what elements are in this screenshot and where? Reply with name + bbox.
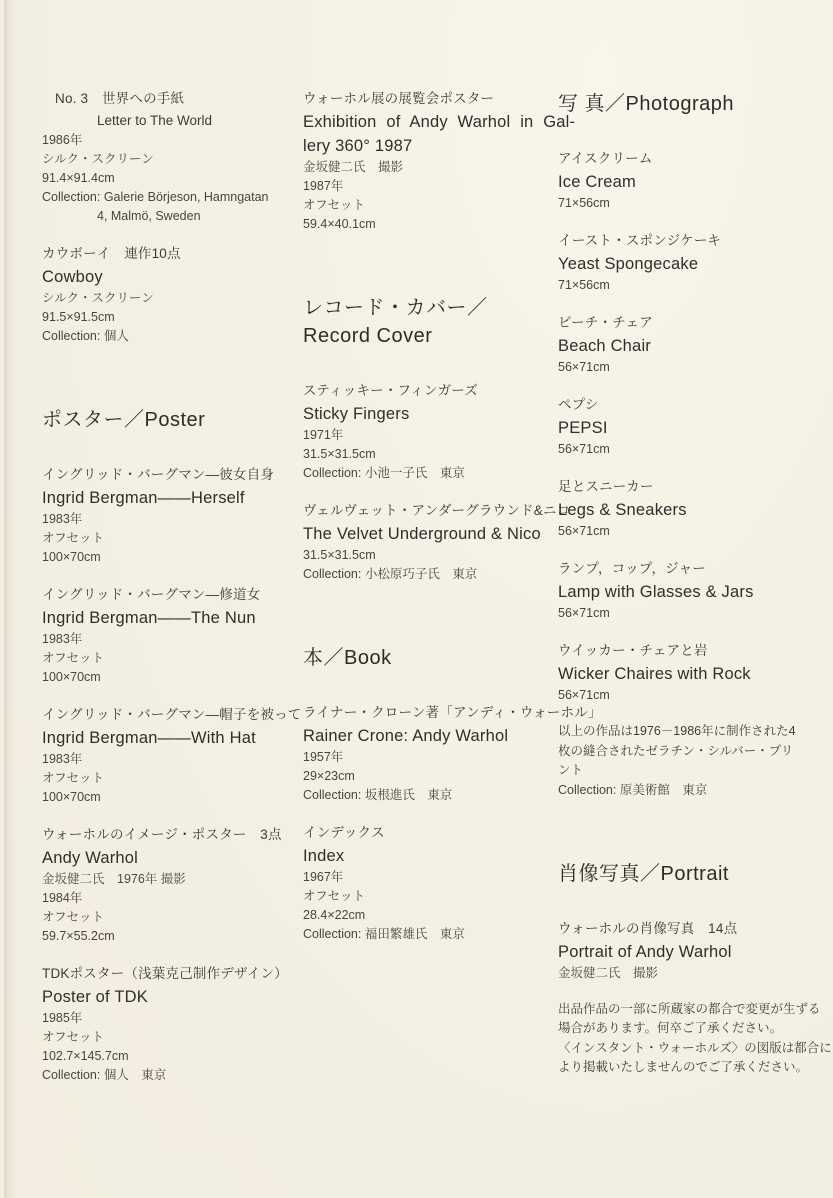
- text-line: Collection: 原美術館 東京: [558, 781, 820, 800]
- section-title: 本／Book: [303, 644, 561, 672]
- catalog-entry: イングリッド・バーグマン―修道女Ingrid Bergman——The Nun1…: [42, 584, 300, 687]
- catalog-entry: ウォーホル展の展覧会ポスターExhibition of Andy Warhol …: [303, 88, 561, 234]
- text-line: イースト・スポンジケーキ: [558, 230, 820, 252]
- text-line: Collection: Galerie Börjeson, Hamngatan: [42, 188, 300, 207]
- text-line: イングリッド・バーグマン―修道女: [42, 584, 300, 606]
- text-line: ヴェルヴェット・アンダーグラウンド&ニコ: [303, 500, 561, 522]
- text-line: 以上の作品は1976－1986年に制作された4: [558, 722, 820, 742]
- text-line: ウォーホルの肖像写真 14点: [558, 918, 820, 940]
- text-line: シルク・スクリーン: [42, 150, 300, 169]
- text-line: 91.4×91.4cm: [42, 169, 300, 188]
- text-line: 31.5×31.5cm: [303, 546, 561, 565]
- catalog-entry: ヴェルヴェット・アンダーグラウンド&ニコThe Velvet Undergrou…: [303, 500, 561, 584]
- text-line: Ingrid Bergman——The Nun: [42, 606, 300, 630]
- text-line: Cowboy: [42, 265, 300, 289]
- catalog-entry: イースト・スポンジケーキYeast Spongecake71×56cm: [558, 230, 820, 295]
- text-line: 29×23cm: [303, 767, 561, 786]
- text-line: 1971年: [303, 426, 561, 445]
- catalog-entry: 足とスニーカーLegs & Sneakers56×71cm: [558, 476, 820, 541]
- section-heading: 本／Book: [303, 644, 561, 672]
- text-line: Ice Cream: [558, 170, 820, 194]
- section-title: 肖像写真／Portrait: [558, 860, 820, 888]
- text-line: 1967年: [303, 868, 561, 887]
- text-line: アイスクリーム: [558, 148, 820, 170]
- text-line: Poster of TDK: [42, 985, 300, 1009]
- text-line: オフセット: [42, 529, 300, 548]
- text-line: Collection: 福田繁雄氏 東京: [303, 925, 561, 944]
- text-line: シルク・スクリーン: [42, 289, 300, 308]
- text-line: Rainer Crone: Andy Warhol: [303, 724, 561, 748]
- text-line: 1984年: [42, 889, 300, 908]
- text-line: PEPSI: [558, 416, 820, 440]
- text-line: 56×71cm: [558, 686, 820, 705]
- text-line: Letter to The World: [42, 110, 300, 131]
- text-line: 102.7×145.7cm: [42, 1047, 300, 1066]
- text-line: 枚の縫合されたゼラチン・シルバー・プリ: [558, 742, 820, 762]
- text-line: オフセット: [42, 908, 300, 927]
- text-line: 1983年: [42, 630, 300, 649]
- text-line: Collection: 個人: [42, 327, 300, 346]
- text-line: ランプ，コップ，ジャー: [558, 558, 820, 580]
- text-line: Legs & Sneakers: [558, 498, 820, 522]
- text-line: イングリッド・バーグマン―彼女自身: [42, 464, 300, 486]
- page-edge-crease: [4, 0, 16, 1198]
- text-line: Collection: 個人 東京: [42, 1066, 300, 1085]
- text-line: TDKポスター（浅葉克己制作デザイン）: [42, 963, 300, 985]
- catalog-entry: イングリッド・バーグマン―帽子を被ってIngrid Bergman——With …: [42, 704, 300, 807]
- text-line: Collection: 小池一子氏 東京: [303, 464, 561, 483]
- catalog-entry: ライナー・クローン著「アンディ・ウォーホル」Rainer Crone: Andy…: [303, 702, 561, 805]
- catalog-entry: ウォーホルの肖像写真 14点Portrait of Andy Warhol金坂健…: [558, 918, 820, 983]
- column-left: No. 3 世界への手紙Letter to The World1986年シルク・…: [42, 88, 300, 1102]
- text-line: ペプシ: [558, 394, 820, 416]
- text-line: 56×71cm: [558, 358, 820, 377]
- section-title: ポスター／Poster: [42, 406, 300, 434]
- section-heading: レコード・カバー／Record Cover: [303, 294, 561, 350]
- text-line: ウォーホルのイメージ・ポスター 3点: [42, 824, 300, 846]
- text-line: Andy Warhol: [42, 846, 300, 870]
- text-line: 1986年: [42, 131, 300, 150]
- text-line: Index: [303, 844, 561, 868]
- catalog-entry: ペプシPEPSI56×71cm: [558, 394, 820, 459]
- text-line: 100×70cm: [42, 548, 300, 567]
- catalog-entry: アイスクリームIce Cream71×56cm: [558, 148, 820, 213]
- text-line: Collection: 小松原巧子氏 東京: [303, 565, 561, 584]
- text-line: 56×71cm: [558, 604, 820, 623]
- text-line: ント: [558, 761, 820, 781]
- text-line: 31.5×31.5cm: [303, 445, 561, 464]
- catalog-entry: インデックスIndex1967年オフセット28.4×22cmCollection…: [303, 822, 561, 944]
- text-line: 出品作品の一部に所蔵家の都合で変更が生ずる: [558, 1000, 820, 1020]
- text-line: オフセット: [303, 196, 561, 215]
- section-heading: 写 真／Photograph: [558, 90, 820, 118]
- text-line: 4, Malmö, Sweden: [42, 207, 300, 226]
- column-middle: ウォーホル展の展覧会ポスターExhibition of Andy Warhol …: [303, 88, 561, 961]
- text-line: 59.7×55.2cm: [42, 927, 300, 946]
- text-line: イングリッド・バーグマン―帽子を被って: [42, 704, 300, 726]
- text-line: オフセット: [42, 649, 300, 668]
- text-line: Lamp with Glasses & Jars: [558, 580, 820, 604]
- text-line: Ingrid Bergman——With Hat: [42, 726, 300, 750]
- text-line: lery 360° 1987: [303, 134, 561, 158]
- text-line: オフセット: [303, 887, 561, 906]
- section-heading: 肖像写真／Portrait: [558, 860, 820, 888]
- section-title: レコード・カバー／: [303, 294, 561, 322]
- text-line: Wicker Chaires with Rock: [558, 662, 820, 686]
- note-block: 以上の作品は1976－1986年に制作された4枚の縫合されたゼラチン・シルバー・…: [558, 722, 820, 800]
- column-right: 写 真／PhotographアイスクリームIce Cream71×56cmイース…: [558, 90, 820, 1095]
- text-line: スティッキー・フィンガーズ: [303, 380, 561, 402]
- text-line: 59.4×40.1cm: [303, 215, 561, 234]
- text-line: ウォーホル展の展覧会ポスター: [303, 88, 561, 110]
- text-line: 1987年: [303, 177, 561, 196]
- section-title: Record Cover: [303, 322, 561, 350]
- text-line: 71×56cm: [558, 194, 820, 213]
- text-line: 足とスニーカー: [558, 476, 820, 498]
- text-line: オフセット: [42, 769, 300, 788]
- text-line: より掲載いたしませんのでご了承ください。: [558, 1058, 820, 1078]
- text-line: 56×71cm: [558, 522, 820, 541]
- catalog-entry: イングリッド・バーグマン―彼女自身Ingrid Bergman——Herself…: [42, 464, 300, 567]
- text-line: The Velvet Underground & Nico: [303, 522, 561, 546]
- text-line: 91.5×91.5cm: [42, 308, 300, 327]
- text-line: 1957年: [303, 748, 561, 767]
- text-line: 1983年: [42, 510, 300, 529]
- text-line: 場合があります。何卒ご了承ください。: [558, 1019, 820, 1039]
- section-heading: ポスター／Poster: [42, 406, 300, 434]
- text-line: Sticky Fingers: [303, 402, 561, 426]
- text-line: 金坂健二氏 1976年 撮影: [42, 870, 300, 889]
- text-line: Exhibition of Andy Warhol in Gal-: [303, 110, 561, 134]
- text-line: 28.4×22cm: [303, 906, 561, 925]
- catalog-entry: カウボーイ 連作10点Cowboyシルク・スクリーン91.5×91.5cmCol…: [42, 243, 300, 346]
- text-line: 100×70cm: [42, 788, 300, 807]
- section-title: 写 真／Photograph: [558, 90, 820, 118]
- text-line: 71×56cm: [558, 276, 820, 295]
- text-line: No. 3 世界への手紙: [42, 88, 300, 110]
- text-line: 〈インスタント・ウォーホルズ〉の図版は都合に: [558, 1039, 820, 1059]
- text-line: ウイッカー・チェアと岩: [558, 640, 820, 662]
- catalog-entry: ランプ，コップ，ジャーLamp with Glasses & Jars56×71…: [558, 558, 820, 623]
- catalog-entry: スティッキー・フィンガーズSticky Fingers1971年31.5×31.…: [303, 380, 561, 483]
- text-line: Portrait of Andy Warhol: [558, 940, 820, 964]
- text-line: 100×70cm: [42, 668, 300, 687]
- text-line: 金坂健二氏 撮影: [558, 964, 820, 983]
- catalog-entry: ウォーホルのイメージ・ポスター 3点Andy Warhol金坂健二氏 1976年…: [42, 824, 300, 946]
- text-line: 1983年: [42, 750, 300, 769]
- text-line: Beach Chair: [558, 334, 820, 358]
- text-line: Ingrid Bergman——Herself: [42, 486, 300, 510]
- text-line: オフセット: [42, 1028, 300, 1047]
- text-line: インデックス: [303, 822, 561, 844]
- text-line: 金坂健二氏 撮影: [303, 158, 561, 177]
- text-line: ビーチ・チェア: [558, 312, 820, 334]
- catalog-entry: TDKポスター（浅葉克己制作デザイン）Poster of TDK1985年オフセ…: [42, 963, 300, 1085]
- text-line: 56×71cm: [558, 440, 820, 459]
- text-line: Collection: 坂根進氏 東京: [303, 786, 561, 805]
- catalog-entry: ウイッカー・チェアと岩Wicker Chaires with Rock56×71…: [558, 640, 820, 705]
- text-line: ライナー・クローン著「アンディ・ウォーホル」: [303, 702, 561, 724]
- text-line: Yeast Spongecake: [558, 252, 820, 276]
- catalog-entry: ビーチ・チェアBeach Chair56×71cm: [558, 312, 820, 377]
- text-line: 1985年: [42, 1009, 300, 1028]
- note-block: 出品作品の一部に所蔵家の都合で変更が生ずる場合があります。何卒ご了承ください。〈…: [558, 1000, 820, 1078]
- catalog-entry: No. 3 世界への手紙Letter to The World1986年シルク・…: [42, 88, 300, 226]
- text-line: カウボーイ 連作10点: [42, 243, 300, 265]
